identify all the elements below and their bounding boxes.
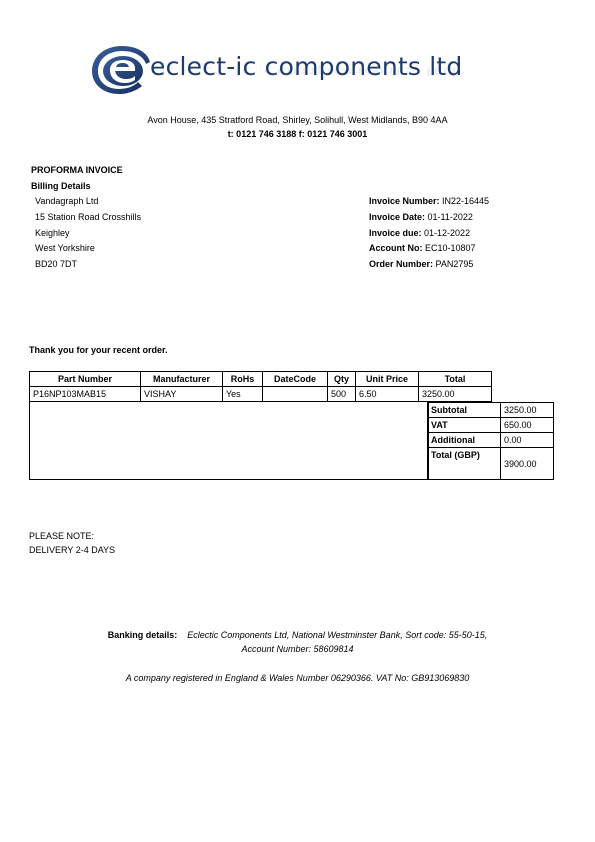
column-header: Unit Price xyxy=(356,372,419,387)
billing-line: 15 Station Road Crosshills xyxy=(35,212,141,222)
company-registration: A company registered in England & Wales … xyxy=(0,673,595,683)
datecode-cell xyxy=(263,387,328,402)
qty-cell: 500 xyxy=(328,387,356,402)
billing-line: West Yorkshire xyxy=(35,243,95,253)
totals-value: 650.00 xyxy=(501,418,554,433)
totals-label: Additional xyxy=(428,433,501,448)
column-header: DateCode xyxy=(263,372,328,387)
meta-label: Invoice Number: xyxy=(369,196,440,206)
unit-price-cell: 6.50 xyxy=(356,387,419,402)
part-number-cell: P16NP103MAB15 xyxy=(30,387,141,402)
totals-value: 0.00 xyxy=(501,433,554,448)
account-number: Account No: EC10-10807 xyxy=(369,243,476,253)
column-header: RoHs xyxy=(223,372,263,387)
banking-text: Eclectic Components Ltd, National Westmi… xyxy=(187,630,487,640)
additional-row: Additional 0.00 xyxy=(428,433,554,448)
banking-label: Banking details: xyxy=(108,630,178,640)
totals-value: 3900.00 xyxy=(501,448,554,480)
company-name-reflection: eclect-ic components ltd xyxy=(150,65,458,78)
billing-line: BD20 7DT xyxy=(35,259,77,269)
meta-value: 01-11-2022 xyxy=(428,212,473,222)
meta-value: PAN2795 xyxy=(436,259,474,269)
meta-value: 01-12-2022 xyxy=(424,228,470,238)
manufacturer-cell: VISHAY xyxy=(141,387,223,402)
invoice-date: Invoice Date: 01-11-2022 xyxy=(369,212,473,222)
company-address: Avon House, 435 Stratford Road, Shirley,… xyxy=(0,115,595,125)
meta-label: Invoice Date: xyxy=(369,212,425,222)
meta-value: IN22-16445 xyxy=(442,196,489,206)
table-row: P16NP103MAB15 VISHAY Yes 500 6.50 3250.0… xyxy=(30,387,492,402)
totals-table: Subtotal 3250.00 VAT 650.00 Additional 0… xyxy=(427,402,554,480)
note-heading: PLEASE NOTE: xyxy=(29,531,94,541)
billing-heading: Billing Details xyxy=(31,181,91,191)
column-header: Total xyxy=(419,372,492,387)
meta-value: EC10-10807 xyxy=(425,243,476,253)
meta-label: Order Number: xyxy=(369,259,433,269)
totals-label: VAT xyxy=(428,418,501,433)
subtotal-row: Subtotal 3250.00 xyxy=(428,403,554,418)
total-cell: 3250.00 xyxy=(419,387,492,402)
e-swirl-logo-icon xyxy=(88,42,152,98)
rohs-cell: Yes xyxy=(223,387,263,402)
vat-row: VAT 650.00 xyxy=(428,418,554,433)
totals-label: Subtotal xyxy=(428,403,501,418)
invoice-number: Invoice Number: IN22-16445 xyxy=(369,196,489,206)
company-phones: t: 0121 746 3188 f: 0121 746 3001 xyxy=(0,129,595,139)
table-header-row: Part Number Manufacturer RoHs DateCode Q… xyxy=(30,372,492,387)
totals-label: Total (GBP) xyxy=(428,448,501,480)
billing-line: Vandagraph Ltd xyxy=(35,196,98,206)
meta-label: Account No: xyxy=(369,243,423,253)
note-delivery: DELIVERY 2-4 DAYS xyxy=(29,545,115,555)
order-number: Order Number: PAN2795 xyxy=(369,259,473,269)
column-header: Part Number xyxy=(30,372,141,387)
company-logo: eclect-ic components ltd eclect-ic compo… xyxy=(88,42,508,98)
account-line: Account Number: 58609814 xyxy=(0,644,595,654)
grand-total-row: Total (GBP) 3900.00 xyxy=(428,448,554,480)
meta-label: Invoice due: xyxy=(369,228,422,238)
totals-value: 3250.00 xyxy=(501,403,554,418)
items-table: Part Number Manufacturer RoHs DateCode Q… xyxy=(29,371,492,402)
column-header: Qty xyxy=(328,372,356,387)
thank-you-message: Thank you for your recent order. xyxy=(29,345,168,355)
banking-details: Banking details: Eclectic Components Ltd… xyxy=(0,630,595,640)
items-table-empty-area xyxy=(29,402,429,480)
billing-line: Keighley xyxy=(35,228,70,238)
document-title: PROFORMA INVOICE xyxy=(31,165,123,175)
column-header: Manufacturer xyxy=(141,372,223,387)
invoice-due: Invoice due: 01-12-2022 xyxy=(369,228,470,238)
